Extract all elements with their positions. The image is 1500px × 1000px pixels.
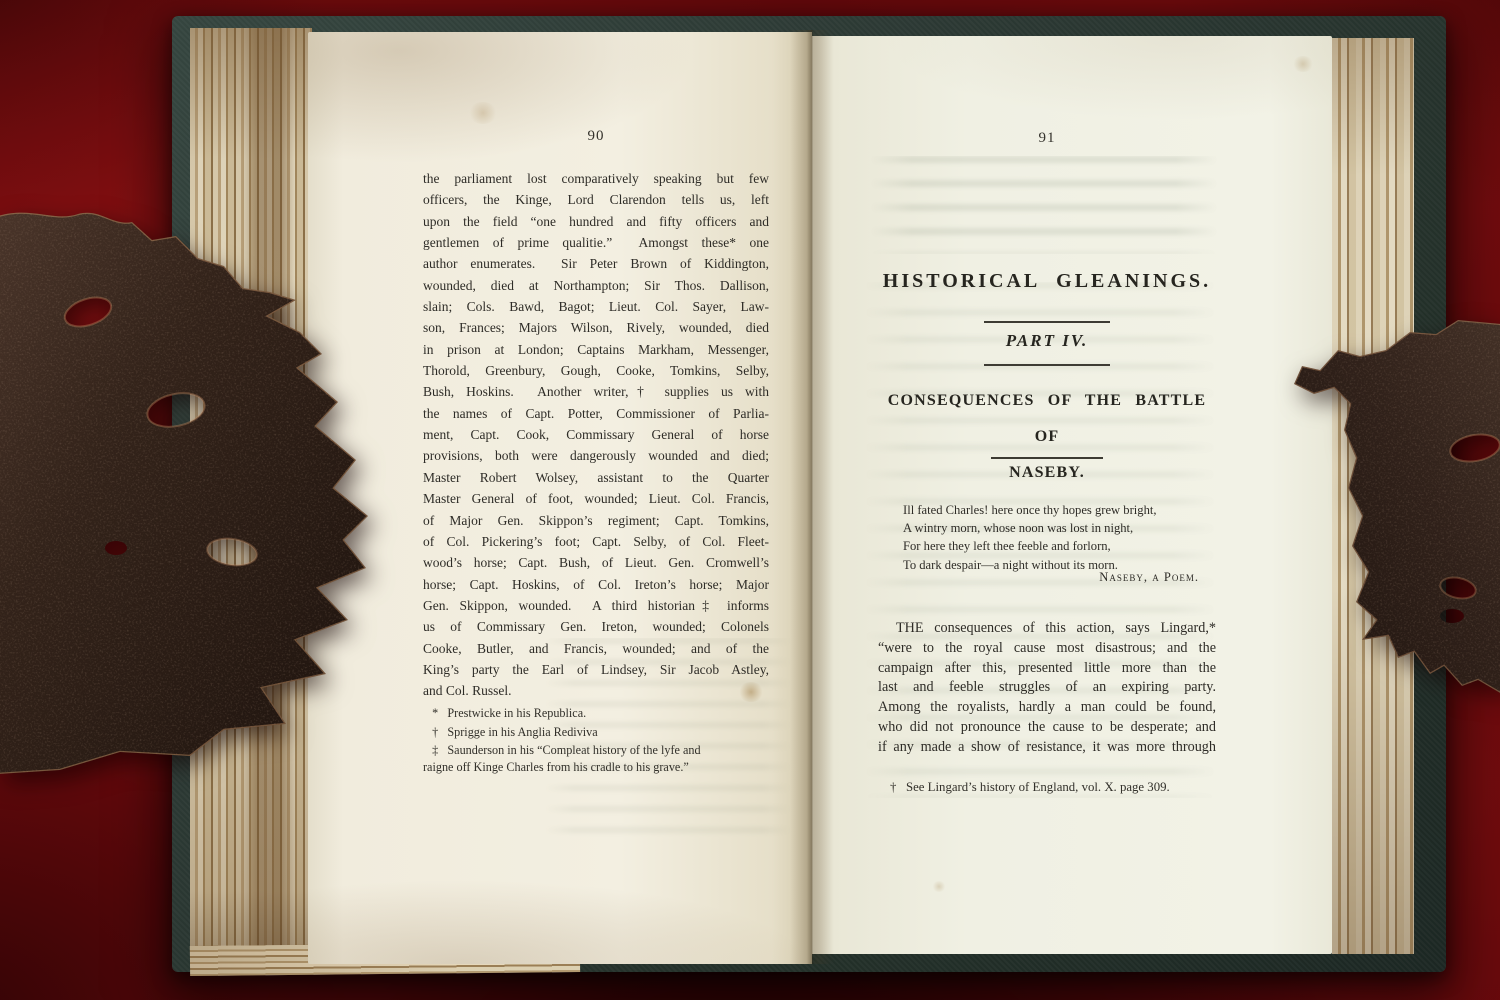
divider-rule [984, 321, 1110, 323]
page-number: 90 [423, 128, 769, 145]
divider-rule [991, 457, 1103, 459]
right-page-footnote: † See Lingard’s history of England, vol.… [890, 780, 1220, 795]
right-page: 91 HISTORICAL GLEANINGS. PART IV. CONSEQ… [812, 36, 1332, 954]
metal-clasp-left [0, 196, 380, 776]
gutter-shadow [790, 30, 834, 964]
section-heading: HISTORICAL GLEANINGS. [878, 270, 1216, 293]
metal-clasp-right [1290, 318, 1500, 708]
page-number: 91 [878, 130, 1216, 147]
show-through-text [870, 156, 1218, 254]
epigraph-poem: Ill fated Charles! here once thy hopes g… [903, 501, 1209, 574]
left-page-body-text: the parliament lost comparatively speaki… [423, 168, 769, 702]
part-heading: PART IV. [878, 331, 1216, 351]
chapter-title: CONSEQUENCES OF THE BATTLE OFNASEBY. [878, 383, 1216, 491]
right-page-body-text: THE consequences of this action, says Li… [878, 619, 1216, 758]
fox-stain [468, 102, 498, 124]
left-page-footnotes: * Prestwicke in his Republica. † Sprigge… [423, 704, 769, 776]
fox-stain [932, 881, 946, 892]
photo-stage: 90 the parliament lost comparatively spe… [0, 0, 1500, 1000]
divider-rule [984, 364, 1110, 366]
fox-stain [1292, 56, 1314, 72]
left-page: 90 the parliament lost comparatively spe… [308, 32, 812, 964]
poem-attribution: Naseby, a Poem. [903, 570, 1199, 585]
